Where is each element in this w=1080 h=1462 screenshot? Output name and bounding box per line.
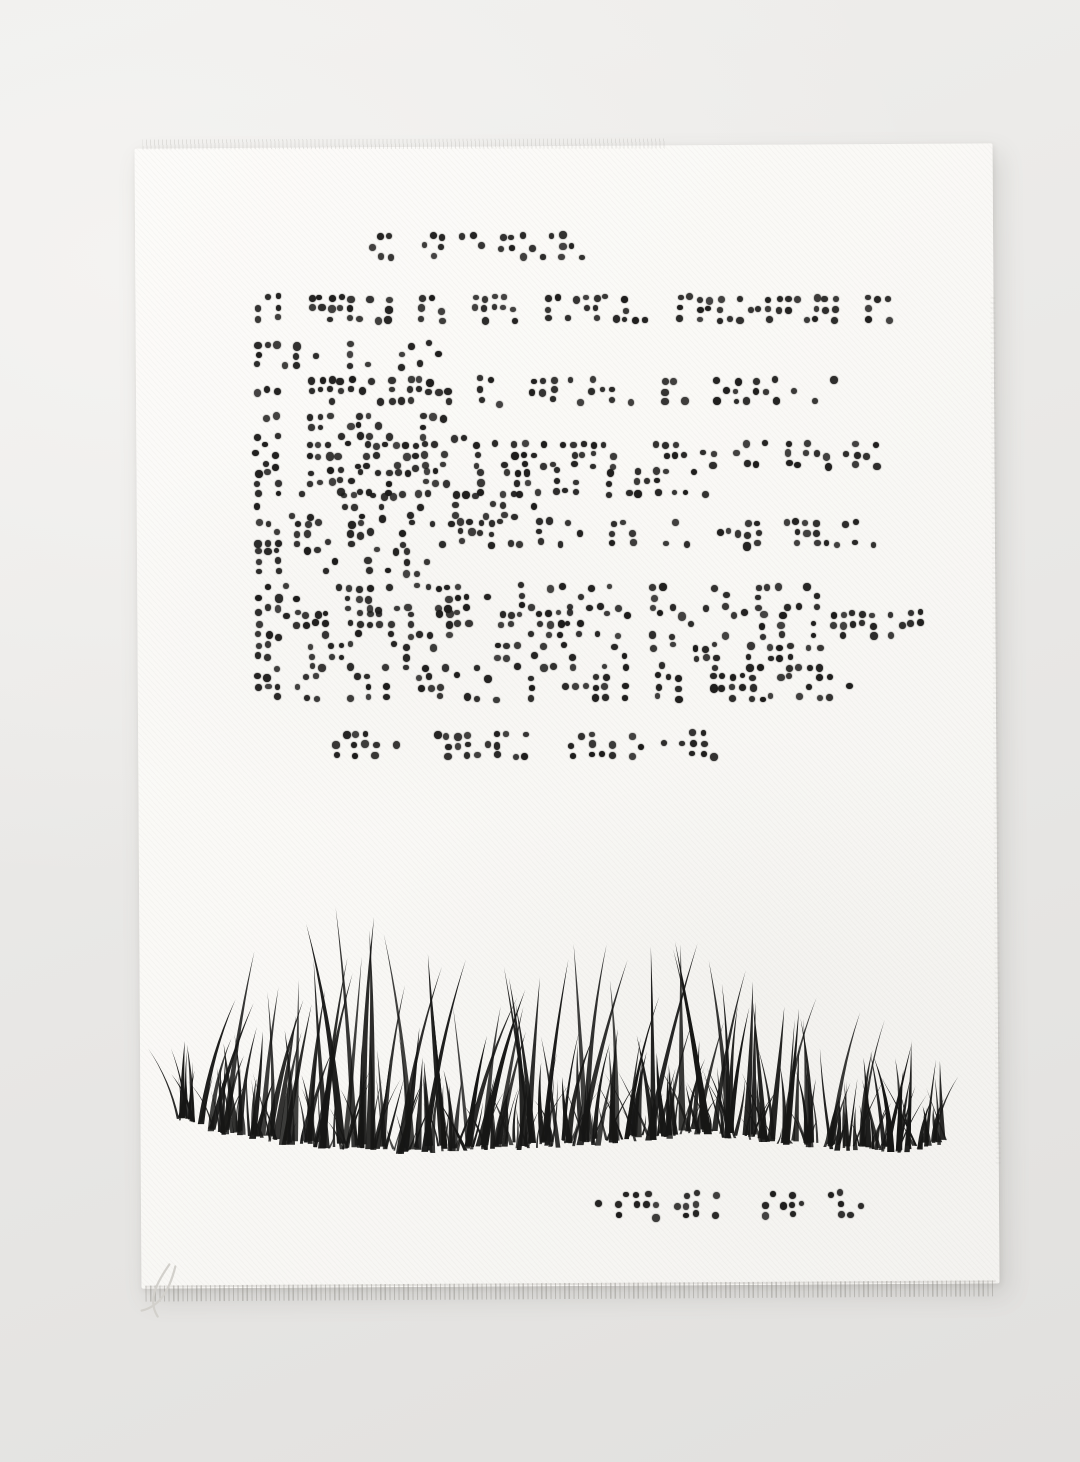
photograph-background [0, 0, 1080, 1462]
loose-thread-bottom-left [127, 1252, 217, 1333]
fabric-weave-texture [135, 143, 1000, 1288]
fabric-swatch [135, 143, 1000, 1288]
